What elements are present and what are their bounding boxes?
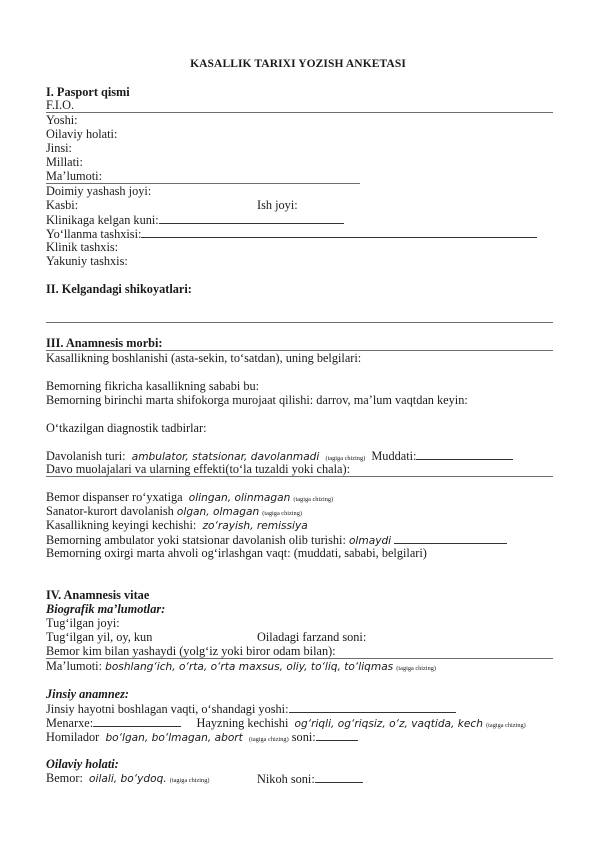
field-dispanser[interactable]: Bemor dispanser ro‘yxatiga olingan, olin…	[46, 490, 333, 504]
field-davolanish-turi[interactable]: Davolanish turi: ambulator, statsionar, …	[46, 448, 513, 462]
field-menarxe[interactable]: Menarxe: Hayzning kechishi og‘riqli, og‘…	[46, 715, 526, 729]
label-muddati: Muddati:	[371, 449, 416, 463]
field-kasbi[interactable]: Kasbi:	[46, 198, 78, 212]
field-oilaviy-holati[interactable]: Oilaviy holati:	[46, 127, 117, 141]
label-davolanish-turi: Davolanish turi:	[46, 449, 126, 463]
field-doimiy-yashash-joyi[interactable]: Doimiy yashash joyi:	[46, 184, 151, 198]
field-davo-muolajalari[interactable]: Davo muolajalari va ularning effekti(to‘…	[46, 462, 350, 476]
blank-yollanma-tashxisi[interactable]	[141, 226, 537, 238]
field-ish-joyi[interactable]: Ish joyi:	[257, 198, 298, 212]
label-hayz-kechishi: Hayzning kechishi	[197, 716, 289, 730]
label-nikoh-soni: Nikoh soni:	[257, 772, 315, 786]
label-jinsiy-hayot: Jinsiy hayotni boshlagan vaqti, o‘shanda…	[46, 702, 289, 716]
field-malumoti-vitae[interactable]: Ma’lumoti: boshlang‘ich, o‘rta, o‘rta ma…	[46, 659, 436, 673]
subsection-biografik-heading: Biografik ma’lumotlar:	[46, 602, 165, 616]
label-bemor: Bemor:	[46, 771, 83, 785]
hint-tagiga-chizing: (tagiga chizing)	[262, 510, 302, 517]
field-nikoh-soni[interactable]: Nikoh soni:	[257, 771, 363, 785]
label-yollanma-tashxisi: Yo‘llanma tashxisi:	[46, 227, 141, 241]
field-malumoti[interactable]: Ma’lumoti:	[46, 169, 102, 183]
field-millati[interactable]: Millati:	[46, 155, 83, 169]
options-homilador[interactable]: bo‘lgan, bo‘lmagan, abort	[105, 732, 242, 744]
options-keyingi-kechishi[interactable]: zo‘rayish, remissiya	[202, 520, 307, 532]
subsection-oilaviy-heading: Oilaviy holati:	[46, 757, 119, 771]
blank-homilador-soni[interactable]	[316, 729, 358, 741]
field-farzand-soni[interactable]: Oiladagi farzand soni:	[257, 630, 366, 644]
field-kim-bilan-yashaydi[interactable]: Bemor kim bilan yashaydi (yolg‘iz yoki b…	[46, 644, 336, 658]
field-kasallik-boshlanishi[interactable]: Kasallikning boshlanishi (asta-sekin, to…	[46, 351, 361, 365]
field-tugilgan-joyi[interactable]: Tug‘ilgan joyi:	[46, 616, 120, 630]
blank-klinikaga-kelgan-kuni[interactable]	[159, 212, 344, 224]
section-passport-heading: I. Pasport qismi	[46, 85, 130, 99]
label-menarxe: Menarxe:	[46, 716, 93, 730]
options-dispanser[interactable]: olingan, olinmagan	[189, 492, 291, 504]
section-anamnesis-vitae-heading: IV. Anamnesis vitae	[46, 588, 149, 602]
field-oxirgi-marta[interactable]: Bemorning oxirgi marta ahvoli og‘irlashg…	[46, 546, 427, 560]
options-bemor-oilaviy[interactable]: oilali, bo‘ydoq.	[89, 773, 167, 785]
blank-menarxe[interactable]	[93, 715, 181, 727]
field-yoshi[interactable]: Yoshi:	[46, 113, 78, 127]
hint-tagiga-chizing: (tagiga chizing)	[396, 665, 436, 672]
hint-tagiga-chizing: (tagiga chizing)	[170, 777, 210, 784]
field-tugilgan-sana[interactable]: Tug‘ilgan yil, oy, kun	[46, 630, 152, 644]
document-title: KASALLIK TARIXI YOZISH ANKETASI	[0, 58, 596, 70]
field-keyingi-kechishi[interactable]: Kasallikning keyingi kechishi: zo‘rayish…	[46, 518, 308, 532]
field-jinsiy-hayot[interactable]: Jinsiy hayotni boshlagan vaqti, o‘shanda…	[46, 701, 456, 715]
field-shifokorga-murojaat[interactable]: Bemorning birinchi marta shifokorga muro…	[46, 393, 468, 407]
field-sanator-kurort[interactable]: Sanator-kurort davolanish olgan, olmagan…	[46, 504, 302, 518]
field-bemor-oilaviy[interactable]: Bemor: oilali, bo‘ydoq. (tagiga chizing)	[46, 771, 209, 785]
field-kasallik-sababi[interactable]: Bemorning fikricha kasallikning sababi b…	[46, 379, 259, 393]
label-sanator-kurort: Sanator-kurort davolanish	[46, 504, 174, 518]
rule-complaints[interactable]	[46, 322, 553, 323]
subsection-jinsiy-heading: Jinsiy anamnez:	[46, 687, 129, 701]
label-klinikaga-kelgan-kuni: Klinikaga kelgan kuni:	[46, 213, 159, 227]
field-klinikaga-kelgan-kuni[interactable]: Klinikaga kelgan kuni:	[46, 212, 344, 226]
section-complaints-heading: II. Kelgandagi shikoyatlari:	[46, 282, 192, 296]
label-soni: soni:	[292, 730, 316, 744]
hint-tagiga-chizing: (tagiga chizing)	[486, 722, 526, 729]
field-yakuniy-tashxis[interactable]: Yakuniy tashxis:	[46, 254, 128, 268]
field-jinsi[interactable]: Jinsi:	[46, 141, 72, 155]
label-ambulator-davolanish: Bemorning ambulator yoki statsionar davo…	[46, 533, 346, 547]
label-keyingi-kechishi: Kasallikning keyingi kechishi:	[46, 518, 196, 532]
hint-tagiga-chizing: (tagiga chizing)	[326, 455, 366, 462]
section-anamnesis-morbi-heading: III. Anamnesis morbi:	[46, 336, 163, 350]
blank-ambulator-davolanish[interactable]	[394, 532, 507, 544]
rule-davo-muolajalari	[46, 476, 553, 477]
label-dispanser: Bemor dispanser ro‘yxatiga	[46, 490, 183, 504]
hint-tagiga-chizing: (tagiga chizing)	[249, 736, 289, 743]
blank-jinsiy-hayot[interactable]	[289, 701, 456, 713]
field-fio[interactable]: F.I.O.	[46, 98, 74, 112]
blank-muddati[interactable]	[416, 448, 513, 460]
field-yollanma-tashxisi[interactable]: Yo‘llanma tashxisi:	[46, 226, 537, 240]
field-homilador[interactable]: Homilador bo‘lgan, bo‘lmagan, abort (tag…	[46, 729, 358, 743]
rule-fio	[46, 112, 553, 113]
hint-tagiga-chizing: (tagiga chizing)	[293, 496, 333, 503]
field-klinik-tashxis[interactable]: Klinik tashxis:	[46, 240, 118, 254]
field-ambulator-davolanish[interactable]: Bemorning ambulator yoki statsionar davo…	[46, 532, 507, 546]
blank-nikoh-soni[interactable]	[315, 771, 363, 783]
options-sanator-kurort[interactable]: olgan, olmagan	[177, 506, 259, 518]
options-malumoti[interactable]: boshlang‘ich, o‘rta, o‘rta maxsus, oliy,…	[105, 661, 393, 673]
label-malumoti: Ma’lumoti:	[46, 659, 102, 673]
questionnaire-page: KASALLIK TARIXI YOZISH ANKETASI I. Paspo…	[0, 0, 596, 842]
field-diagnostik-tadbirlar[interactable]: O‘tkazilgan diagnostik tadbirlar:	[46, 421, 207, 435]
label-homilador: Homilador	[46, 730, 99, 744]
